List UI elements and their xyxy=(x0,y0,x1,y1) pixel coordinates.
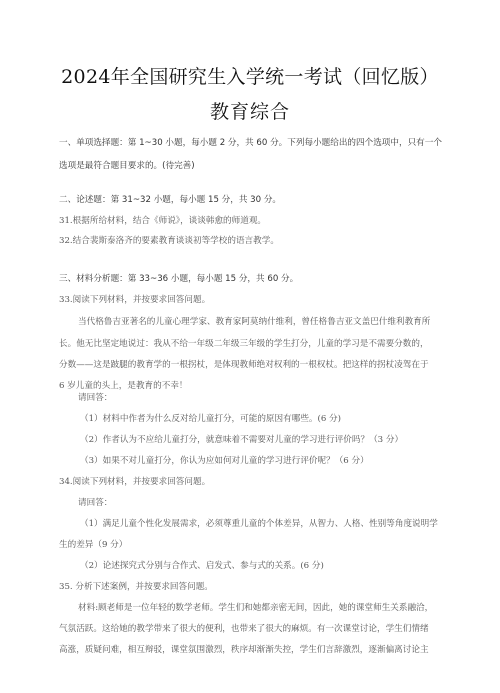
question-33-material-line-4: 6 岁儿童的头上，是教育的不幸！ xyxy=(59,380,444,392)
section-1-heading-line-1: 一、单项选择题：第 1~30 小题，每小题 2 分，共 60 分。下列每小题给出… xyxy=(59,137,444,149)
question-35-material-line-2: 气氛活跃。这给她的教学带来了很大的便利，也带来了很大的麻烦。有一次课堂讨论，学生… xyxy=(59,623,444,635)
question-33-sub-1: （1）材料中作者为什么反对给儿童打分，可能的原因有哪些。(6 分) xyxy=(80,413,444,425)
question-33-sub-2: （2）作者认为不应给儿童打分，就意味着不需要对儿童的学习进行评价吗？（3 分） xyxy=(80,434,444,446)
question-34-sub-2: （2）论述探究式分别与合作式、启发式、参与式的关系。(6 分) xyxy=(80,560,444,572)
question-33-material-line-1: 当代格鲁吉亚著名的儿童心理学家、教育家阿莫纳什维利，曾任格鲁吉亚文盖巴什维利教育… xyxy=(78,316,444,328)
question-35-material-line-3: 高涨，质疑问难，相互辩驳，课堂氛围激烈，秩序却渐渐失控，学生们言辞激烈，逐渐偏离… xyxy=(59,644,444,656)
document-title: 2024年全国研究生入学统一考试（回忆版） xyxy=(0,62,500,89)
question-32: 32.结合裴斯泰洛齐的要素教育谈谈初等学校的语言教学。 xyxy=(59,235,444,247)
question-33-prompt: 请回答： xyxy=(78,392,444,404)
question-34-sub-1-cont: 生的差异（9 分） xyxy=(59,539,444,551)
question-33-stem: 33.阅读下列材料，并按要求回答问题。 xyxy=(59,294,444,306)
question-34-sub-1: （1）满足儿童个性化发展需求，必须尊重儿童的个体差异，从智力、人格、性别等角度说… xyxy=(80,518,444,530)
section-1-heading-line-2: 选项是最符合题目要求的。(待完善) xyxy=(59,160,444,172)
exam-document-page: 2024年全国研究生入学统一考试（回忆版） 教育综合 一、单项选择题：第 1~3… xyxy=(0,0,500,693)
section-2-heading: 二、论述题：第 31~32 小题，每小题 15 分，共 30 分。 xyxy=(59,194,444,206)
question-34-stem: 34.阅读下列材料，并按要求回答问题。 xyxy=(59,476,444,488)
question-35-stem: 35. 分析下述案例，并按要求回答问题。 xyxy=(59,581,444,593)
question-33-material-line-2: 长。他无比坚定地说过：我从不给一年级二年级三年级的学生打分，儿童的学习是不需要分… xyxy=(59,338,444,350)
section-3-heading: 三、材料分析题：第 33~36 小题，每小题 15 分，共 60 分。 xyxy=(59,273,444,285)
document-subtitle: 教育综合 xyxy=(0,97,500,124)
question-31: 31.根据所给材料，结合《师说》，谈谈韩愈的师道观。 xyxy=(59,215,444,227)
question-33-sub-3: （3）如果不对儿童打分，你认为应如何对儿童的学习进行评价呢？（6 分） xyxy=(80,455,444,467)
question-34-prompt: 请回答： xyxy=(78,497,444,509)
question-35-material-line-1: 材料:顾老师是一位年轻的数学老师。学生们和她都亲密无间，因此，她的课堂师生关系融… xyxy=(78,602,444,614)
question-33-material-line-3: 分数——这是跛腿的教育学的一根拐杖，是体现教师绝对权利的一根权杖。把这样的拐杖凌… xyxy=(59,359,444,371)
